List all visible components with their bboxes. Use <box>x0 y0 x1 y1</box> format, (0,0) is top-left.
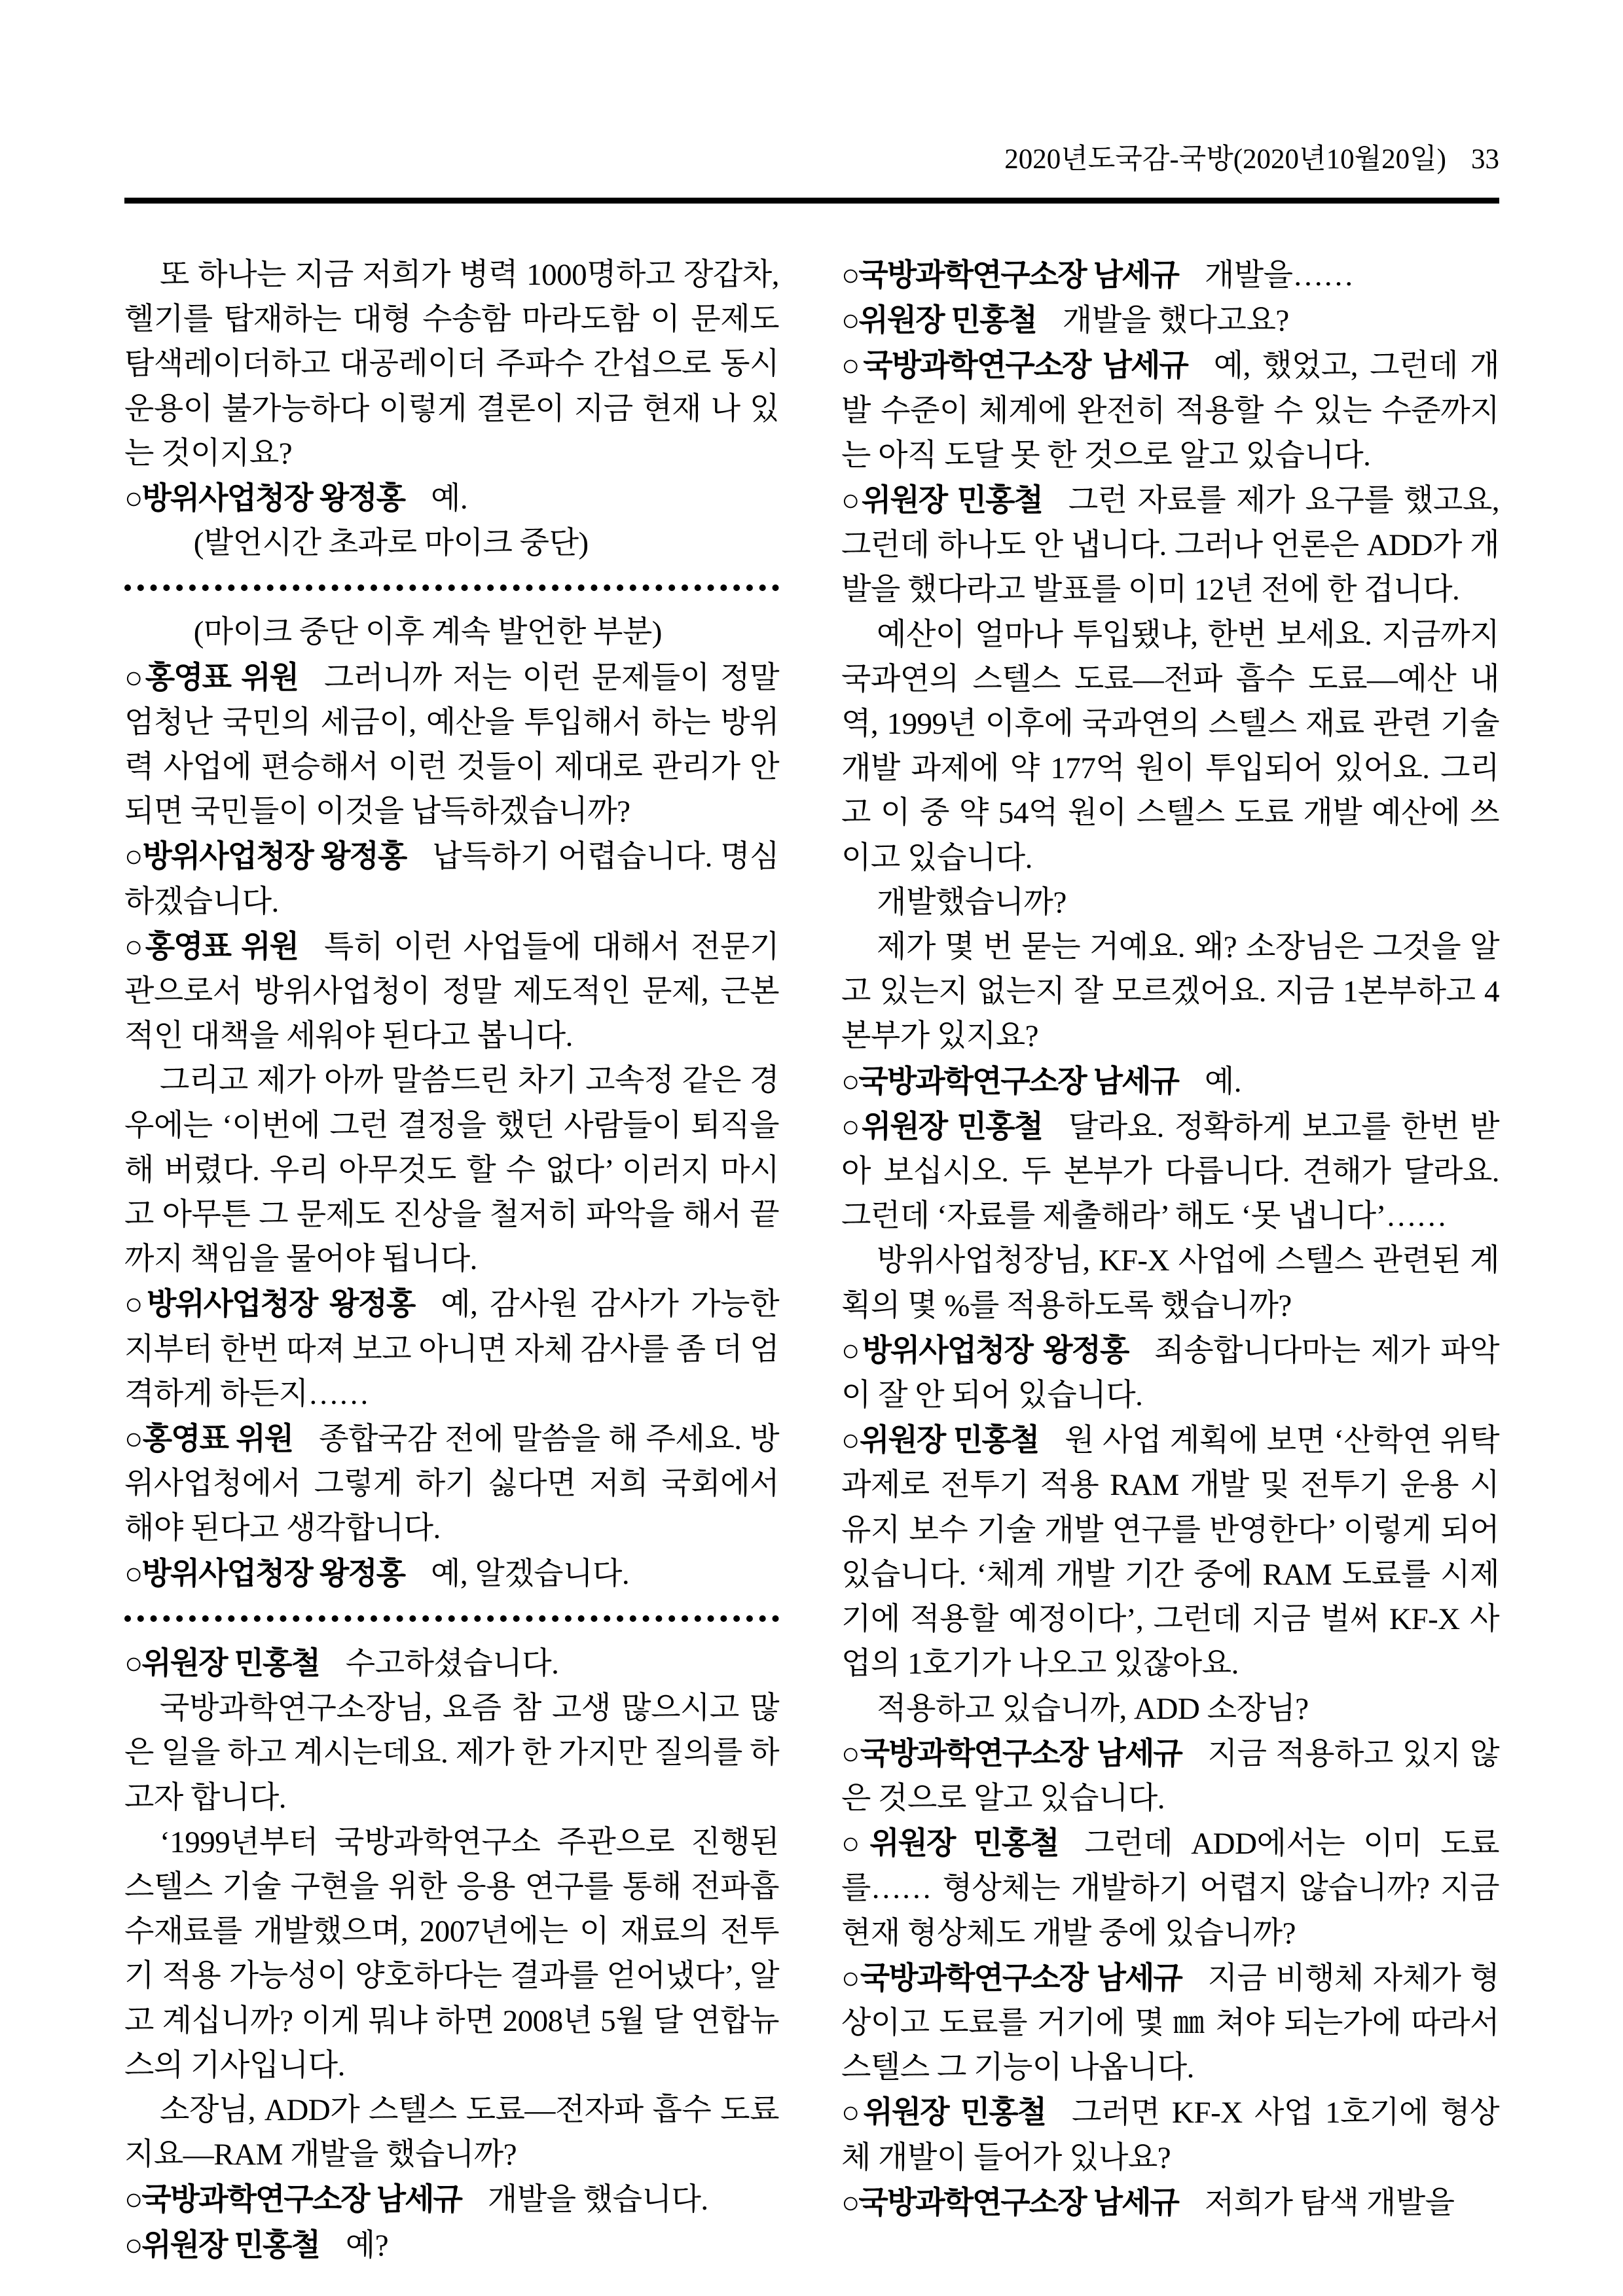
speaker-name: ○홍영표 위원 <box>124 1421 293 1456</box>
speech-block: ○위원장 민홍철예? <box>124 2223 779 2268</box>
speaker-name: ○국방과학연구소장 남세규 <box>841 348 1188 382</box>
speech-block: ○위원장 민홍철그런데 ADD에서는 이미 도료를…… 형상체는 개발하기 어렵… <box>841 1821 1499 1956</box>
dotted-separator <box>124 565 779 610</box>
speaker-name: ○방위사업청장 왕정홍 <box>124 1556 405 1590</box>
speaker-name: ○방위사업청장 왕정홍 <box>841 1333 1128 1367</box>
speech-block: ○국방과학연구소장 남세규개발을 했습니다. <box>124 2177 779 2222</box>
paragraph: 예산이 얼마나 투입됐냐, 한번 보세요. 지금까지 국과연의 스텔스 도료—전… <box>841 613 1499 880</box>
speech-text: 예. <box>431 482 467 516</box>
separator-dots <box>124 1615 779 1622</box>
speech-block: ○위원장 민홍철원 사업 계획에 보면 ‘산학연 위탁과제로 전투기 적용 RA… <box>841 1418 1499 1686</box>
speaker-name: ○국방과학연구소장 남세규 <box>841 1960 1182 1995</box>
speaker-name: ○홍영표 위원 <box>124 929 298 963</box>
speech-block: ○위원장 민홍철개발을 했다고요? <box>841 298 1499 343</box>
stage-direction: (발언시간 초과로 마이크 중단) <box>124 521 779 565</box>
speech-block: ○방위사업청장 왕정홍죄송합니다마는 제가 파악이 잘 안 되어 있습니다. <box>841 1328 1499 1418</box>
separator-dots <box>124 584 779 591</box>
running-header-title: 2020년도국감-국방(2020년10월20일) <box>1004 144 1446 175</box>
speaker-name: ○국방과학연구소장 남세규 <box>841 2185 1178 2219</box>
speech-block: ○국방과학연구소장 남세규지금 비행체 자체가 형상이고 도료를 거기에 몇 ㎜… <box>841 1956 1499 2090</box>
paragraph: 소장님, ADD가 스텔스 도료—전자파 흡수 도료지요—RAM 개발을 했습니… <box>124 2088 779 2177</box>
paragraph: 방위사업청장님, KF-X 사업에 스텔스 관련된 계획의 몇 %를 적용하도록… <box>841 1238 1499 1327</box>
speaker-name: ○위원장 민홍철 <box>841 1825 1059 1860</box>
header-rule <box>124 198 1499 204</box>
speech-text: 예, 알겠습니다. <box>431 1557 629 1591</box>
speaker-name: ○홍영표 위원 <box>124 660 298 694</box>
speaker-name: ○국방과학연구소장 남세규 <box>841 1064 1178 1098</box>
speech-block: ○방위사업청장 왕정홍예, 감사원 감사가 가능한지부터 한번 따져 보고 아니… <box>124 1282 779 1416</box>
speech-block: ○국방과학연구소장 남세규예. <box>841 1059 1499 1104</box>
speaker-name: ○국방과학연구소장 남세규 <box>841 1736 1182 1770</box>
column-right: ○국방과학연구소장 남세규개발을……○위원장 민홍철개발을 했다고요?○국방과학… <box>841 253 1499 2225</box>
speech-block: ○위원장 민홍철그런 자료를 제가 요구를 했고요, 그런데 하나도 안 냅니다… <box>841 478 1499 613</box>
speaker-name: ○위원장 민홍철 <box>841 2094 1046 2129</box>
speech-block: ○위원장 민홍철달라요. 정확하게 보고를 한번 받아 보십시오. 두 본부가 … <box>841 1104 1499 1239</box>
speech-block: ○방위사업청장 왕정홍납득하기 어렵습니다. 명심하겠습니다. <box>124 834 779 924</box>
speech-block: ○국방과학연구소장 남세규저희가 탐색 개발을 <box>841 2180 1499 2225</box>
speaker-name: ○위원장 민홍철 <box>841 302 1036 337</box>
speaker-name: ○위원장 민홍철 <box>124 2227 319 2262</box>
speech-text: 예. <box>1205 1065 1241 1099</box>
speech-block: ○홍영표 위원특히 이런 사업들에 대해서 전문기관으로서 방위사업청이 정말 … <box>124 924 779 1059</box>
speech-block: ○홍영표 위원그러니까 저는 이런 문제들이 정말 엄청난 국민의 세금이, 예… <box>124 655 779 834</box>
paragraph: 그리고 제가 아까 말씀드린 차기 고속정 같은 경우에는 ‘이번에 그런 결정… <box>124 1058 779 1282</box>
speaker-name: ○방위사업청장 왕정홍 <box>124 1286 414 1321</box>
speech-text: 저희가 탐색 개발을 <box>1205 2186 1455 2220</box>
speech-text: 원 사업 계획에 보면 ‘산학연 위탁과제로 전투기 적용 RAM 개발 및 전… <box>841 1424 1499 1681</box>
speech-text: 개발을 했다고요? <box>1063 304 1289 338</box>
speech-text: 개발을 했습니다. <box>488 2183 708 2217</box>
speech-block: ○홍영표 위원종합국감 전에 말씀을 해 주세요. 방위사업청에서 그렇게 하기… <box>124 1416 779 1551</box>
column-left: 또 하나는 지금 저희가 병력 1000명하고 장갑차, 헬기를 탑재하는 대형… <box>124 253 779 2268</box>
running-header: 2020년도국감-국방(2020년10월20일)33 <box>124 143 1499 177</box>
paragraph: 개발했습니까? <box>841 880 1499 925</box>
speaker-name: ○위원장 민홍철 <box>841 482 1042 517</box>
stage-direction: (마이크 중단 이후 계속 발언한 부분) <box>124 610 779 655</box>
speech-text: 수고하셨습니다. <box>346 1647 559 1681</box>
page-number: 33 <box>1471 144 1499 175</box>
speech-block: ○국방과학연구소장 남세규개발을…… <box>841 253 1499 298</box>
speech-block: ○방위사업청장 왕정홍예. <box>124 476 779 521</box>
speech-text: 예? <box>346 2229 388 2263</box>
paragraph: ‘1999년부터 국방과학연구소 주관으로 진행된 스텔스 기술 구현을 위한 … <box>124 1820 779 2088</box>
paragraph: 또 하나는 지금 저희가 병력 1000명하고 장갑차, 헬기를 탑재하는 대형… <box>124 253 779 476</box>
speaker-name: ○위원장 민홍철 <box>124 1645 319 1680</box>
speaker-name: ○위원장 민홍철 <box>841 1422 1038 1457</box>
speech-block: ○국방과학연구소장 남세규지금 적용하고 있지 않은 것으로 알고 있습니다. <box>841 1731 1499 1821</box>
speech-block: ○국방과학연구소장 남세규예, 했었고, 그런데 개발 수준이 체계에 완전히 … <box>841 343 1499 478</box>
speaker-name: ○위원장 민홍철 <box>841 1109 1042 1143</box>
dotted-separator <box>124 1596 779 1641</box>
speaker-name: ○방위사업청장 왕정홍 <box>124 480 405 515</box>
speech-block: ○위원장 민홍철그러면 KF-X 사업 1호기에 형상체 개발이 들어가 있나요… <box>841 2090 1499 2179</box>
paragraph: 적용하고 있습니까, ADD 소장님? <box>841 1687 1499 1731</box>
speaker-name: ○방위사업청장 왕정홍 <box>124 838 406 873</box>
speaker-name: ○국방과학연구소장 남세규 <box>124 2181 462 2216</box>
speech-block: ○방위사업청장 왕정홍예, 알겠습니다. <box>124 1551 779 1596</box>
speaker-name: ○국방과학연구소장 남세규 <box>841 257 1178 292</box>
speech-text: 개발을…… <box>1205 259 1354 293</box>
paragraph: 국방과학연구소장님, 요즘 참 고생 많으시고 많은 일을 하고 계시는데요. … <box>124 1686 779 1820</box>
paragraph: 제가 몇 번 묻는 거예요. 왜? 소장님은 그것을 알고 있는지 없는지 잘 … <box>841 925 1499 1059</box>
speech-block: ○위원장 민홍철수고하셨습니다. <box>124 1641 779 1686</box>
transcript-page: 2020년도국감-국방(2020년10월20일)33 또 하나는 지금 저희가 … <box>0 0 1623 2296</box>
